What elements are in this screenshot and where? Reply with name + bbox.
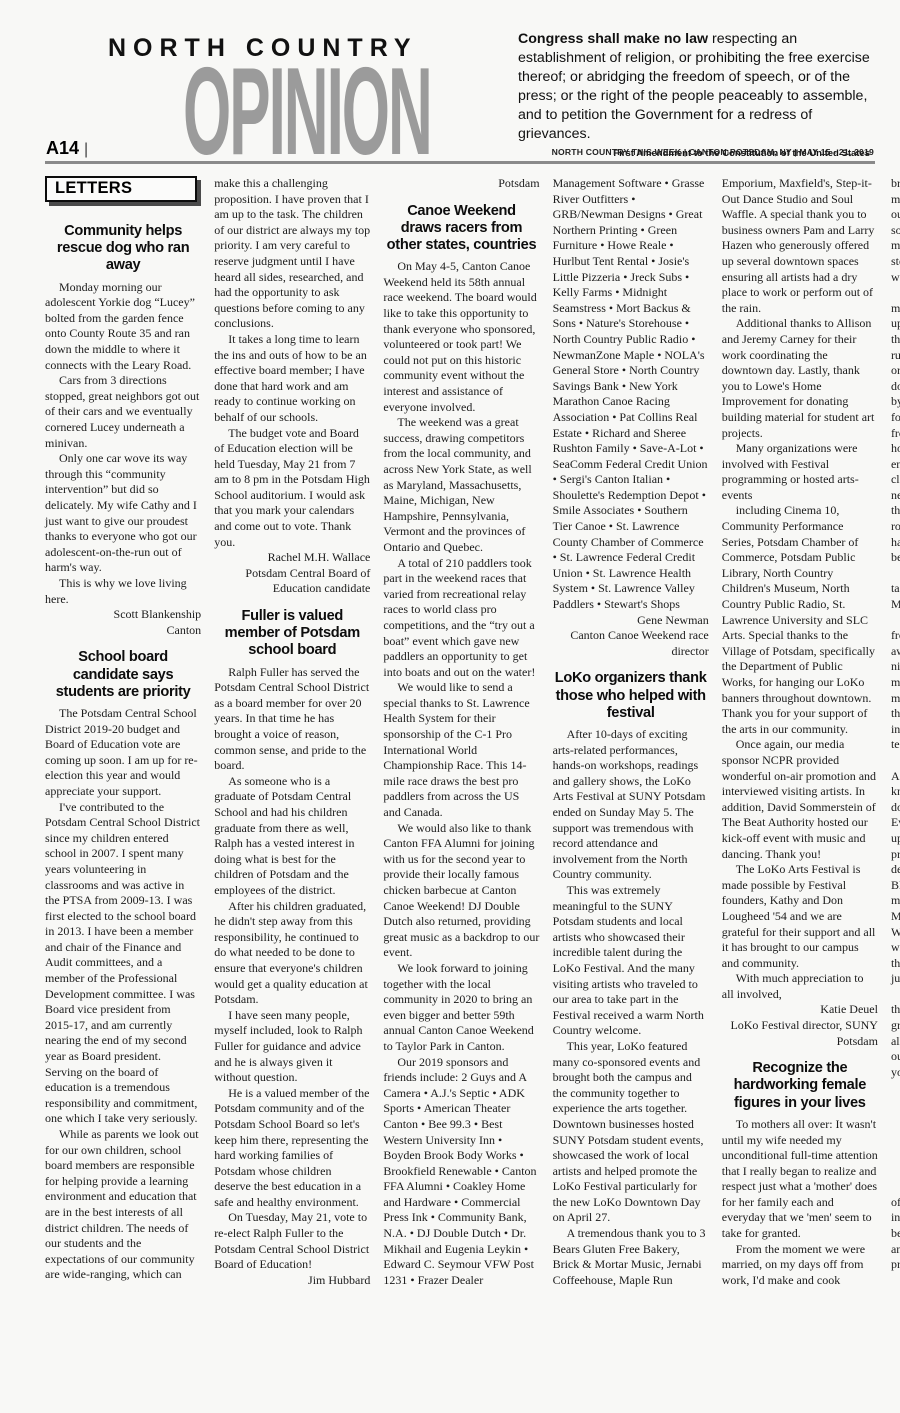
letter-paragraph: Additional thanks to Allison and Jeremy … xyxy=(722,316,878,441)
letter-paragraph: This was extremely meaningful to the SUN… xyxy=(553,883,709,1039)
letter-paragraph: After 10-days of exciting arts-related p… xyxy=(553,727,709,883)
signature-line: Scott Blankenship xyxy=(45,607,201,623)
letter-paragraph: This year, LoKo featured many co-sponsor… xyxy=(553,1039,709,1226)
letter-headline: Community helps rescue dog who ran away xyxy=(47,223,199,275)
letter-paragraph: Many organizations were involved with Fe… xyxy=(722,441,878,503)
letter-signature: Gene NewmanCanton Canoe Weekend race dir… xyxy=(553,613,709,660)
letter-paragraph: I'm getting a full shot and taste of jus… xyxy=(891,566,900,613)
letter-paragraph: “Happy Mother's Day to all the mommies, … xyxy=(891,987,900,1081)
first-amendment-text: Congress shall make no law respecting an… xyxy=(518,30,870,144)
letter-signature: Scott BlankenshipCanton xyxy=(45,607,201,638)
letter-paragraph: As someone who is a graduate of Potsdam … xyxy=(214,774,370,899)
letter: Community helps rescue dog who ran away … xyxy=(45,223,201,638)
letter-paragraph: When God took that rib from Adam and cre… xyxy=(891,753,900,987)
letter-headline: School board candidate says students are… xyxy=(47,649,199,701)
signature-line: Potsdam xyxy=(383,176,539,192)
page-number: A14 xyxy=(46,138,79,158)
signature-line: LoKo Festival director, SUNY Potsdam xyxy=(722,1018,878,1049)
signature-line: Potsdam xyxy=(891,1096,900,1112)
first-amendment-body: respecting an establishment of religion,… xyxy=(518,31,870,142)
letter-paragraph: The weekend was a great success, drawing… xyxy=(383,415,539,555)
letter-headline: Canoe Weekend draws racers from other st… xyxy=(385,203,537,255)
signature-line: Potsdam Central Board of Education candi… xyxy=(214,566,370,597)
dateline: NORTH COUNTRY THIS WEEK | CANTON-POTSDAM… xyxy=(552,147,874,157)
letter-paragraph: Only one car wove its way through this “… xyxy=(45,451,201,576)
letter-paragraph: With much appreciation to all involved, xyxy=(722,971,878,1002)
letter-paragraph: But from the moment I arise from my bed,… xyxy=(891,613,900,753)
signature-line: Canton xyxy=(45,623,201,639)
letter-paragraph: It takes a long time to learn the ins an… xyxy=(214,332,370,426)
letters-columns: LETTERS Community helps rescue dog who r… xyxy=(45,176,878,1292)
letter-paragraph: This is why we love living here. xyxy=(45,576,201,607)
letter-paragraph: We would also like to thank Canton FFA A… xyxy=(383,821,539,961)
letter-headline: Recognize the hardworking female figures… xyxy=(724,1060,876,1112)
folio-row: A14| NORTH COUNTRY THIS WEEK | CANTON-PO… xyxy=(46,138,874,158)
signature-line: Gene Newman xyxy=(553,613,709,629)
letter-paragraph: He is a valued member of the Potsdam com… xyxy=(214,1086,370,1211)
letter-paragraph: Monday morning our adolescent Yorkie dog… xyxy=(45,280,201,374)
signature-line: Katie Deuel xyxy=(722,1002,878,1018)
letter-paragraph: The LoKo Arts Festival is made possible … xyxy=(722,862,878,971)
signature-line: Henry W. Walters xyxy=(891,1080,900,1096)
letter-paragraph: On May 4-5, Canton Canoe Weekend held it… xyxy=(383,259,539,415)
folio-separator: | xyxy=(84,141,88,158)
letter-paragraph: The Potsdam Central School District 2019… xyxy=(45,706,201,800)
letter-headline: Village missing the point of CFC buying … xyxy=(893,1123,900,1175)
letter-headline: Fuller is valued member of Potsdam schoo… xyxy=(216,608,368,660)
signature-line: Jim Hubbard xyxy=(214,1273,370,1289)
signature-line: Rachel M.H. Wallace xyxy=(214,550,370,566)
letter-paragraph: Ralph Fuller has served the Potsdam Cent… xyxy=(214,665,370,774)
masthead-rule xyxy=(45,161,875,164)
letters-section-label-text: LETTERS xyxy=(55,179,132,197)
signature-line: Canton Canoe Weekend race director xyxy=(553,628,709,659)
first-amendment-lead: Congress shall make no law xyxy=(518,31,708,47)
letter-paragraph: On Tuesday, May 21, vote to re-elect Ral… xyxy=(214,1210,370,1272)
letter-paragraph: including Cinema 10, Community Performan… xyxy=(722,503,878,737)
letter-paragraph: The budget vote and Board of Education e… xyxy=(214,426,370,551)
letter-paragraph: I have seen many people, myself included… xyxy=(214,1008,370,1086)
letter-signature: Henry W. WaltersPotsdam xyxy=(891,1080,900,1111)
letter-paragraph: A total of 210 paddlers took part in the… xyxy=(383,556,539,681)
letter-paragraph: Once again, our media sponsor NCPR provi… xyxy=(722,737,878,862)
letter-paragraph: We look forward to joining together with… xyxy=(383,961,539,1055)
letter-signature: Katie DeuelLoKo Festival director, SUNY … xyxy=(722,1002,878,1049)
letter-paragraph: To mothers all over: It wasn't until my … xyxy=(722,1117,878,1242)
letters-section-label: LETTERS xyxy=(45,176,197,202)
letter-signature: Rachel M.H. WallacePotsdam Central Board… xyxy=(214,550,370,597)
newspaper-opinion-page: NORTH COUNTRY OPINION Congress shall mak… xyxy=(0,0,900,1413)
letter-paragraph: I've contributed to the Potsdam Central … xyxy=(45,800,201,1127)
letter-paragraph: Cars from 3 directions stopped, great ne… xyxy=(45,373,201,451)
letter-headline: LoKo organizers thank those who helped w… xyxy=(555,670,707,722)
letter-paragraph: We would like to send a special thanks t… xyxy=(383,680,539,820)
letter-paragraph: After his children graduated, he didn't … xyxy=(214,899,370,1008)
letter-paragraph: I hold high admiration for married or si… xyxy=(891,285,900,566)
